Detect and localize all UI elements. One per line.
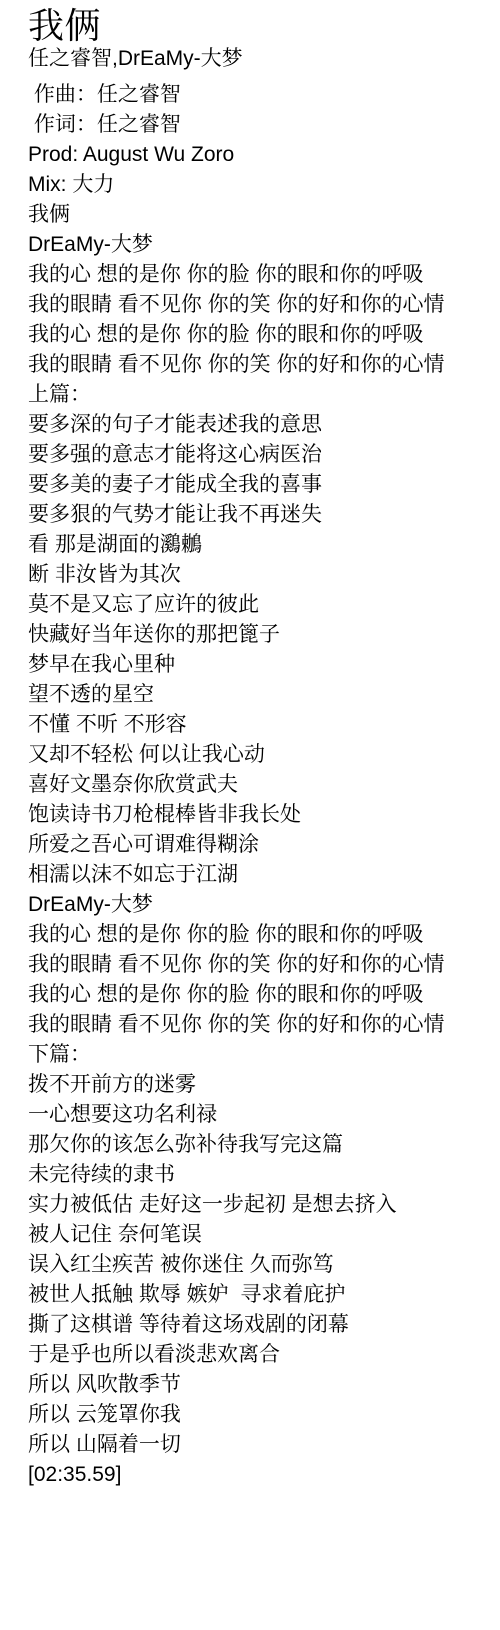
lyric-line: 我的眼睛 看不见你 你的笑 你的好和你的心情 (28, 1010, 482, 1040)
lyric-line: 梦早在我心里种 (28, 650, 482, 680)
song-artists: 任之睿智,DrEaMy-大梦 (28, 46, 482, 71)
lyric-line: 我的眼睛 看不见你 你的笑 你的好和你的心情 (28, 350, 482, 380)
lyrics-body: 作曲：任之睿智 作词：任之睿智 Prod: August Wu Zoro Mix… (28, 80, 482, 1490)
lyric-line: 那欠你的该怎么弥补待我写完这篇 (28, 1130, 482, 1160)
lyric-line: 我的心 想的是你 你的脸 你的眼和你的呼吸 (28, 320, 482, 350)
lyrics-page-body: { "colors": { "background": "#ffffff", "… (0, 0, 500, 1630)
lyric-line: 要多美的妻子才能成全我的喜事 (28, 470, 482, 500)
lyric-line: 不懂 不听 不形容 (28, 710, 482, 740)
lyric-line: 我的眼睛 看不见你 你的笑 你的好和你的心情 (28, 290, 482, 320)
lyric-line: 拨不开前方的迷雾 (28, 1070, 482, 1100)
lyric-line: 看 那是湖面的鸂鶒 (28, 530, 482, 560)
lyric-line: 误入红尘疾苦 被你迷住 久而弥笃 (28, 1250, 482, 1280)
lyric-line: 被人记住 奈何笔误 (28, 1220, 482, 1250)
lyric-line: 实力被低估 走好这一步起初 是想去挤入 (28, 1190, 482, 1220)
lyric-line: 要多深的句子才能表述我的意思 (28, 410, 482, 440)
lyric-line: 断 非汝皆为其次 (28, 560, 482, 590)
lyric-line: 饱读诗书刀枪棍棒皆非我长处 (28, 800, 482, 830)
lyric-line: 我的心 想的是你 你的脸 你的眼和你的呼吸 (28, 260, 482, 290)
lyric-line: 望不透的星空 (28, 680, 482, 710)
lyric-line: DrEaMy-大梦 (28, 230, 482, 260)
lyric-line: 喜好文墨奈你欣赏武夫 (28, 770, 482, 800)
lyric-line: DrEaMy-大梦 (28, 890, 482, 920)
lyric-line: 我的心 想的是你 你的脸 你的眼和你的呼吸 (28, 920, 482, 950)
lyric-line: 于是乎也所以看淡悲欢离合 (28, 1340, 482, 1370)
lyric-line: 未完待续的隶书 (28, 1160, 482, 1190)
lyric-line: 所爱之吾心可谓难得糊涂 (28, 830, 482, 860)
lyric-line: 又却不轻松 何以让我心动 (28, 740, 482, 770)
lyric-line: 所以 云笼罩你我 (28, 1400, 482, 1430)
lyrics-page: 我俩 任之睿智,DrEaMy-大梦 作曲：任之睿智 作词：任之睿智 Prod: … (0, 0, 500, 1530)
lyric-line: 被世人抵触 欺辱 嫉妒 寻求着庇护 (28, 1280, 482, 1310)
lyric-line: 我俩 (28, 200, 482, 230)
lyric-line: 快藏好当年送你的那把篦子 (28, 620, 482, 650)
lyric-line: 要多强的意志才能将这心病医治 (28, 440, 482, 470)
lyric-line: [02:35.59] (28, 1460, 482, 1490)
lyric-line: Prod: August Wu Zoro (28, 140, 482, 170)
lyric-line: 要多狠的气势才能让我不再迷失 (28, 500, 482, 530)
lyric-line: 撕了这棋谱 等待着这场戏剧的闭幕 (28, 1310, 482, 1340)
lyric-line: 我的心 想的是你 你的脸 你的眼和你的呼吸 (28, 980, 482, 1010)
lyric-line: 相濡以沫不如忘于江湖 (28, 860, 482, 890)
lyric-line: 一心想要这功名利禄 (28, 1100, 482, 1130)
song-title: 我俩 (28, 5, 482, 46)
lyric-line: 下篇： (28, 1040, 482, 1070)
lyric-line: Mix: 大力 (28, 170, 482, 200)
lyric-line: 我的眼睛 看不见你 你的笑 你的好和你的心情 (28, 950, 482, 980)
lyric-line: 作曲：任之睿智 (28, 80, 482, 110)
lyric-line: 所以 风吹散季节 (28, 1370, 482, 1400)
lyric-line: 莫不是又忘了应许的彼此 (28, 590, 482, 620)
lyric-line: 上篇： (28, 380, 482, 410)
lyric-line: 所以 山隔着一切 (28, 1430, 482, 1460)
lyric-line: 作词：任之睿智 (28, 110, 482, 140)
